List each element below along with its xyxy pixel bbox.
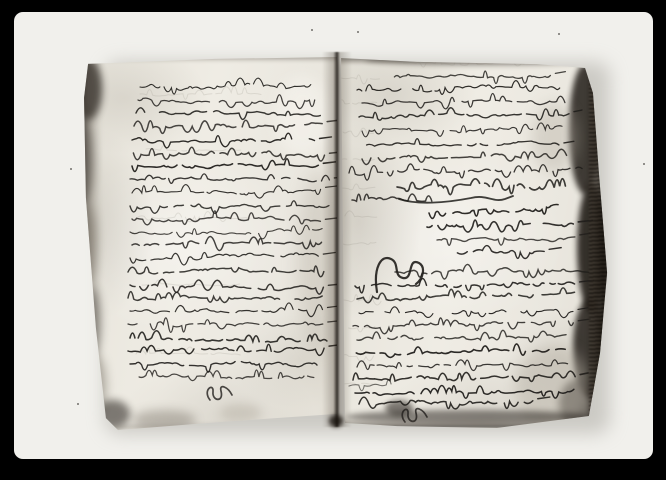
manuscript-line — [362, 123, 562, 138]
left-page-handwriting — [70, 52, 340, 437]
manuscript-line — [353, 316, 591, 335]
dust-speck — [70, 168, 72, 170]
manuscript-line — [130, 174, 340, 184]
manuscript-line — [349, 161, 582, 180]
manuscript-line — [134, 119, 340, 134]
manuscript-line — [132, 211, 339, 225]
dust-speck — [558, 33, 560, 35]
margin-note — [349, 380, 391, 391]
manuscript-line — [128, 318, 340, 334]
manuscript-line — [130, 361, 317, 372]
manuscript-line — [136, 108, 320, 120]
manuscript-line — [359, 395, 550, 410]
manuscript-line — [353, 369, 588, 384]
manuscript-line — [130, 225, 322, 240]
manuscript-line — [355, 276, 594, 293]
dust-speck — [77, 403, 79, 405]
right-page — [337, 48, 609, 433]
manuscript-line — [139, 370, 314, 381]
manuscript-line — [133, 147, 340, 162]
manuscript-line — [130, 279, 340, 294]
bleed-line — [345, 211, 377, 217]
manuscript-line — [367, 137, 574, 146]
manuscript-line — [130, 330, 327, 342]
manuscript-line — [128, 290, 322, 303]
manuscript-line — [130, 199, 329, 215]
manuscript-line — [130, 303, 340, 318]
manuscript-line — [362, 93, 565, 110]
manuscript-line — [359, 105, 582, 123]
manuscript-line — [128, 266, 324, 278]
manuscript-line — [394, 70, 565, 86]
manuscript-line — [359, 305, 588, 320]
right-page-handwriting — [337, 48, 609, 433]
manuscript-line — [357, 287, 575, 303]
bleed-line — [339, 159, 374, 161]
manuscript-line — [130, 252, 335, 266]
manuscript-line — [397, 178, 566, 195]
manuscript-line — [457, 244, 561, 259]
paraph-flourish — [207, 387, 232, 400]
manuscript-line — [352, 194, 432, 202]
manuscript-line — [140, 78, 311, 95]
dust-speck — [643, 163, 645, 165]
manuscript-line — [427, 219, 592, 233]
manuscript-line — [362, 149, 567, 164]
bleed-line — [341, 184, 375, 190]
manuscript-line — [357, 359, 568, 372]
bleed-line — [343, 383, 377, 384]
manuscript-line — [356, 343, 565, 358]
archival-scan — [0, 0, 666, 480]
bleed-line — [341, 75, 380, 84]
manuscript-line — [132, 158, 335, 173]
manuscript-line — [357, 80, 560, 96]
paraph-flourish — [402, 409, 427, 422]
bleed-line — [339, 294, 381, 305]
left-page — [70, 52, 340, 437]
manuscript-line — [132, 236, 322, 252]
dust-speck — [311, 29, 313, 31]
bleed-line — [343, 242, 376, 245]
manuscript-line — [138, 94, 315, 109]
manuscript-line — [357, 329, 573, 345]
manuscript-line — [355, 383, 584, 401]
dust-speck — [357, 31, 359, 33]
manuscript-line — [132, 183, 340, 199]
manuscript-line — [132, 133, 332, 148]
manuscript-line — [437, 233, 590, 245]
manuscript-line — [429, 204, 559, 219]
initial-flourish — [376, 258, 423, 292]
